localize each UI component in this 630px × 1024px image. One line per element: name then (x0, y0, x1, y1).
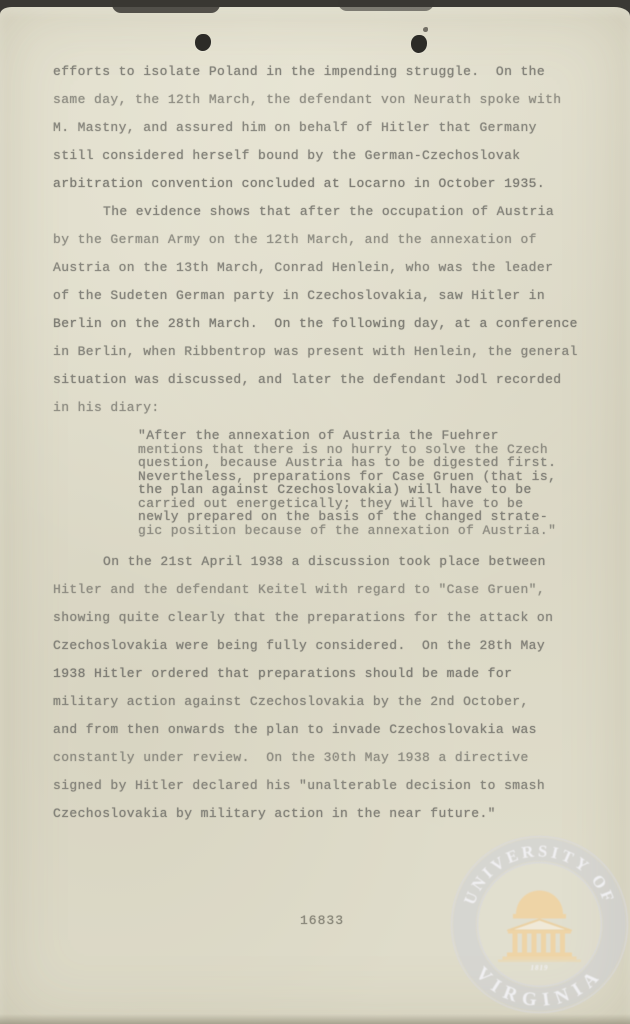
text-line: "After the annexation of Austria the Fue… (138, 429, 578, 443)
text-line: in his diary: (53, 394, 578, 422)
text-line: constantly under review. On the 30th May… (53, 744, 578, 772)
text-line: same day, the 12th March, the defendant … (53, 86, 578, 114)
text-line: question, because Austria has to be dige… (138, 456, 578, 470)
text-line: of the Sudeten German party in Czechoslo… (53, 282, 578, 310)
paragraph: The evidence shows that after the occupa… (53, 198, 578, 422)
paragraph: On the 21st April 1938 a discussion took… (53, 548, 578, 828)
text-line: and from then onwards the plan to invade… (53, 716, 578, 744)
bottom-edge-shadow (0, 1014, 630, 1024)
text-line: still considered herself bound by the Ge… (53, 142, 578, 170)
page-number: 16833 (0, 913, 630, 928)
paper-speck (423, 27, 428, 32)
text-line: by the German Army on the 12th March, an… (53, 226, 578, 254)
text-line: Berlin on the 28th March. On the followi… (53, 310, 578, 338)
text-line: Hitler and the defendant Keitel with reg… (53, 576, 578, 604)
text-line: Austria on the 13th March, Conrad Henlei… (53, 254, 578, 282)
text-line: On the 21st April 1938 a discussion took… (53, 548, 578, 576)
text-line: Nevertheless, preparations for Case Grue… (138, 470, 578, 484)
text-line: signed by Hitler declared his "unalterab… (53, 772, 578, 800)
text-line: gic position because of the annexation o… (138, 524, 578, 538)
text-line: The evidence shows that after the occupa… (53, 198, 578, 226)
block-quote: "After the annexation of Austria the Fue… (138, 429, 578, 537)
text-line: carried out energetically; they will hav… (138, 497, 578, 511)
typed-text: efforts to isolate Poland in the impendi… (53, 58, 578, 828)
text-line: in Berlin, when Ribbentrop was present w… (53, 338, 578, 366)
text-line: showing quite clearly that the preparati… (53, 604, 578, 632)
text-line: mentions that there is no hurry to solve… (138, 443, 578, 457)
text-line: situation was discussed, and later the d… (53, 366, 578, 394)
text-line: Czechoslovakia were being fully consider… (53, 632, 578, 660)
binding-edge-blob (112, 0, 220, 13)
text-line: arbitration convention concluded at Loca… (53, 170, 578, 198)
text-line: the plan against Czechoslovakia) will ha… (138, 483, 578, 497)
text-line: military action against Czechoslovakia b… (53, 688, 578, 716)
text-line: M. Mastny, and assured him on behalf of … (53, 114, 578, 142)
text-line: 1938 Hitler ordered that preparations sh… (53, 660, 578, 688)
paragraph: efforts to isolate Poland in the impendi… (53, 58, 578, 198)
text-line: newly prepared on the basis of the chang… (138, 510, 578, 524)
text-line: efforts to isolate Poland in the impendi… (53, 58, 578, 86)
binding-edge-blob (338, 0, 434, 11)
text-line: Czechoslovakia by military action in the… (53, 800, 578, 828)
scanned-page: efforts to isolate Poland in the impendi… (0, 0, 630, 1024)
